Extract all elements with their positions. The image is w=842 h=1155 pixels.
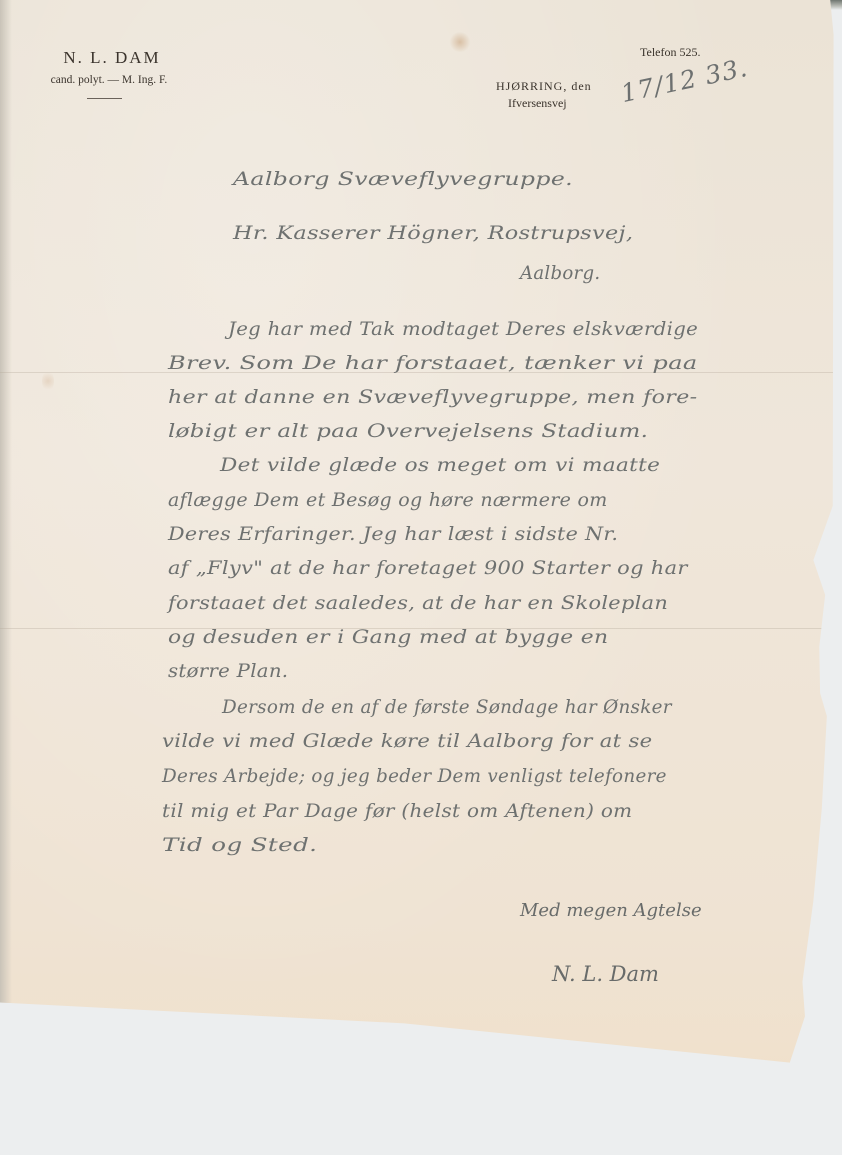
body-line: løbigt er alt paa Overvejelsens Stadium. [168, 420, 648, 442]
body-line: vilde vi med Glæde køre til Aalborg for … [162, 730, 653, 752]
signature: N. L. Dam [552, 962, 659, 986]
letterhead-city: HJØRRING, den [496, 79, 592, 94]
body-line: aflægge Dem et Besøg og høre nærmere om [168, 489, 608, 511]
recipient-line: Hr. Kasserer Högner, Rostrupsvej, [233, 222, 633, 244]
body-line: forstaaet det saaledes, at de har en Sko… [168, 592, 668, 614]
letterhead-name: N. L. DAM [48, 48, 176, 68]
letter-page: N. L. DAM cand. polyt. — M. Ing. F. Tele… [0, 0, 842, 1155]
handwritten-date: 17/12 33. [618, 53, 750, 108]
stain-spot [42, 370, 54, 392]
letterhead-street: Ifversensvej [508, 96, 567, 111]
body-line: Det vilde glæde os meget om vi maatte [220, 454, 660, 476]
body-line: større Plan. [168, 660, 288, 682]
body-line: Deres Arbejde; og jeg beder Dem venligst… [162, 765, 667, 787]
body-line: Brev. Som De har forstaaet, tænker vi pa… [168, 352, 698, 374]
letterhead-phone: Telefon 525. [640, 45, 700, 60]
body-line: Tid og Sted. [162, 834, 317, 856]
body-line: Dersom de en af de første Søndage har Øn… [222, 696, 672, 718]
stain-spot [449, 32, 471, 52]
closing-salutation: Med megen Agtelse [520, 900, 702, 921]
body-line: og desuden er i Gang med at bygge en [168, 626, 608, 648]
recipient-line: Aalborg. [520, 262, 600, 284]
letterhead-divider [87, 98, 122, 99]
body-line: til mig et Par Dage før (helst om Aftene… [162, 800, 632, 822]
body-line: Jeg har med Tak modtaget Deres elskværdi… [228, 318, 698, 340]
body-line: her at danne en Svæveflyvegruppe, men fo… [168, 386, 698, 408]
recipient-line: Aalborg Svæveflyvegruppe. [233, 168, 573, 190]
body-line: af „Flyv" at de har foretaget 900 Starte… [168, 557, 688, 579]
body-line: Deres Erfaringer. Jeg har læst i sidste … [168, 523, 618, 545]
letterhead-title: cand. polyt. — M. Ing. F. [34, 74, 184, 86]
